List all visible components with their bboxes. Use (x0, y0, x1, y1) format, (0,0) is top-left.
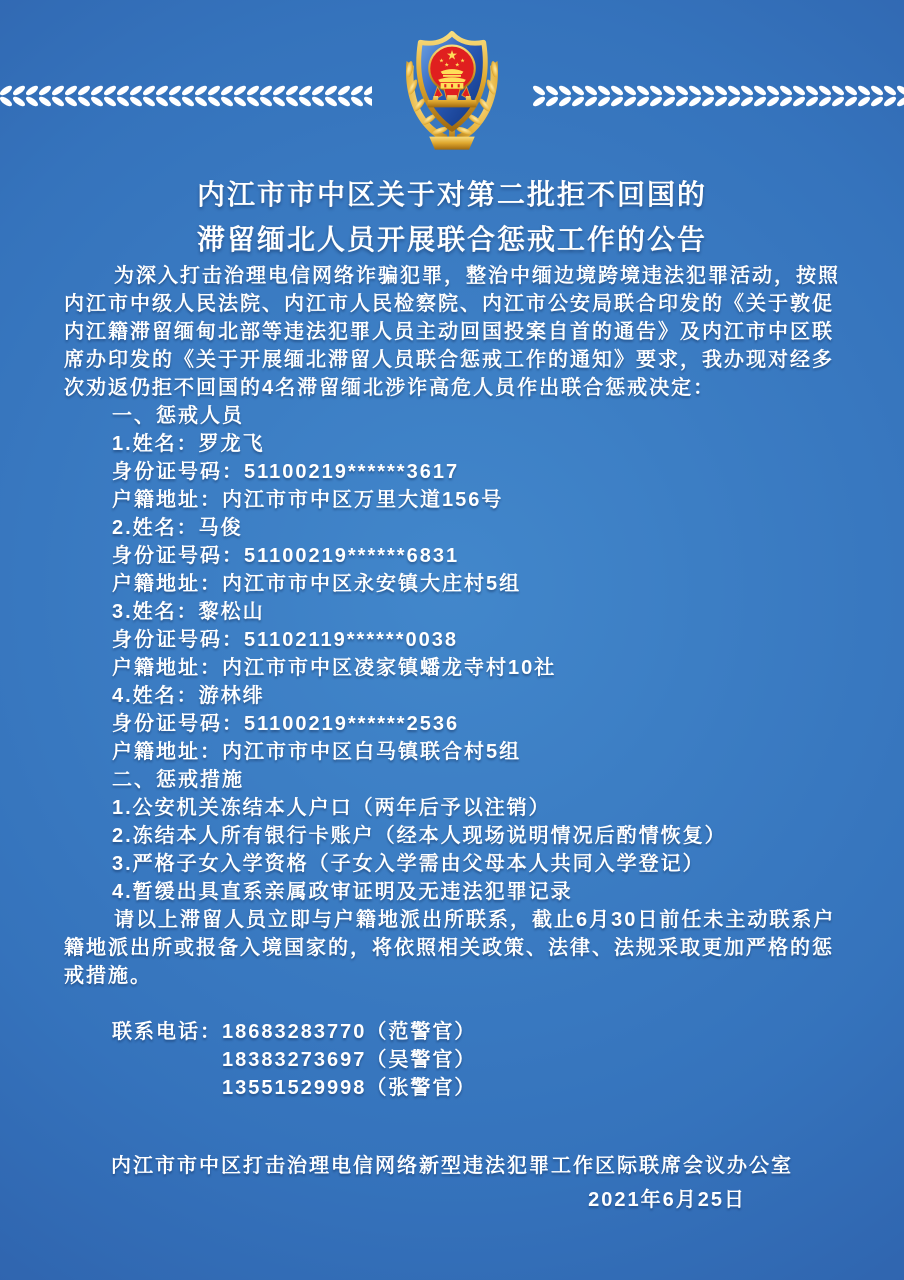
contact-number-3: 13551529998（张警官） (64, 1074, 840, 1102)
issue-date: 2021年6月25日 (0, 1186, 904, 1214)
person-1-name: 1.姓名：罗龙飞 (64, 430, 840, 458)
person-1-address: 户籍地址：内江市市中区万里大道156号 (64, 486, 840, 514)
chevron-band-right-icon (532, 84, 904, 108)
poster-header (0, 0, 904, 158)
person-2-name: 2.姓名：马俊 (64, 514, 840, 542)
person-4-id: 身份证号码：51100219******2536 (64, 710, 840, 738)
chevron-band-left-icon (0, 84, 372, 108)
person-4-address: 户籍地址：内江市市中区白马镇联合村5组 (64, 738, 840, 766)
section-heading-personnel: 一、惩戒人员 (64, 402, 840, 430)
measure-4: 4.暂缓出具直系亲属政审证明及无违法犯罪记录 (64, 878, 840, 906)
poster-footer: 内江市市中区打击治理电信网络新型违法犯罪工作区际联席会议办公室 2021年6月2… (0, 1152, 904, 1214)
contact-line-1: 联系电话：18683283770（范警官） (64, 1018, 840, 1046)
measure-2: 2.冻结本人所有银行卡账户（经本人现场说明情况后酌情恢复） (64, 822, 840, 850)
poster-body: 为深入打击治理电信网络诈骗犯罪，整治中缅边境跨境违法犯罪活动，按照内江市中级人民… (0, 262, 904, 1102)
person-1-id: 身份证号码：51100219******3617 (64, 458, 840, 486)
person-3-id: 身份证号码：51102119******0038 (64, 626, 840, 654)
contact-block: 联系电话：18683283770（范警官） 18383273697（吴警官） 1… (64, 1018, 840, 1102)
person-3-address: 户籍地址：内江市市中区凌家镇蟠龙寺村10社 (64, 654, 840, 682)
poster-title: 内江市市中区关于对第二批拒不回国的 滞留缅北人员开展联合惩戒工作的公告 (0, 172, 904, 262)
measure-3: 3.严格子女入学资格（子女入学需由父母本人共同入学登记） (64, 850, 840, 878)
measure-1: 1.公安机关冻结本人户口（两年后予以注销） (64, 794, 840, 822)
title-line-1: 内江市市中区关于对第二批拒不回国的 (0, 172, 904, 217)
contact-number-1: 18683283770（范警官） (222, 1021, 476, 1043)
intro-paragraph: 为深入打击治理电信网络诈骗犯罪，整治中缅边境跨境违法犯罪活动，按照内江市中级人民… (64, 262, 840, 402)
contact-number-2: 18383273697（吴警官） (64, 1046, 840, 1074)
warning-paragraph: 请以上滞留人员立即与户籍地派出所联系，截止6月30日前任未主动联系户籍地派出所或… (64, 906, 840, 990)
contact-label: 联系电话： (112, 1021, 222, 1043)
issuing-organization: 内江市市中区打击治理电信网络新型违法犯罪工作区际联席会议办公室 (0, 1152, 904, 1180)
title-line-2: 滞留缅北人员开展联合惩戒工作的公告 (0, 217, 904, 262)
person-3-name: 3.姓名：黎松山 (64, 598, 840, 626)
section-heading-measures: 二、惩戒措施 (64, 766, 840, 794)
person-2-address: 户籍地址：内江市市中区永安镇大庄村5组 (64, 570, 840, 598)
announcement-poster: 内江市市中区关于对第二批拒不回国的 滞留缅北人员开展联合惩戒工作的公告 为深入打… (0, 0, 904, 1280)
person-4-name: 4.姓名：游林绯 (64, 682, 840, 710)
person-2-id: 身份证号码：51100219******6831 (64, 542, 840, 570)
police-badge-icon (395, 22, 509, 152)
